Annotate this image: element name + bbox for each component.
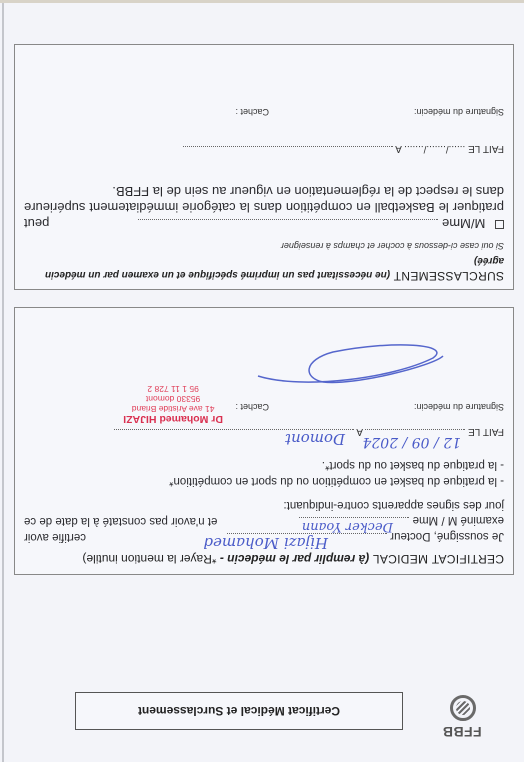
surclassement-title: SURCLASSEMENT (ne nécessitant pas un imp… xyxy=(24,254,504,282)
document-title: Certificat Médical et Surclassement xyxy=(75,692,403,730)
line2-suffix: et n'avoir pas constaté à la date de ce xyxy=(24,513,217,528)
fait-le-label: FAIT LE xyxy=(468,426,504,437)
surclassement-checkbox[interactable] xyxy=(495,220,504,229)
a-label: A xyxy=(396,143,402,154)
place-handwritten: Domont xyxy=(285,430,345,448)
paper-edge xyxy=(2,0,4,762)
certificat-title-italic: (à remplir par le médecin - xyxy=(220,552,369,566)
basketball-icon xyxy=(450,695,476,721)
certificat-title-main: CERTIFICAT MEDICAL xyxy=(373,552,504,566)
paper-edge xyxy=(0,0,524,3)
fait-le-label: FAIT LE xyxy=(468,143,504,154)
cachet-label: Cachet : xyxy=(235,402,269,412)
stamp-name: Dr Mohamed HIJAZI xyxy=(123,414,223,424)
ffbb-logo: FFBB xyxy=(436,690,488,740)
signature-label: Signature du médecin: xyxy=(414,402,504,412)
stamp-address: 41 ave Aristide Briand xyxy=(123,404,223,414)
date-month: 09 xyxy=(412,434,430,450)
signature-label: Signature du médecin: xyxy=(414,107,504,117)
surclassement-body: pratiquer le Basketball en compétition d… xyxy=(24,183,504,215)
surclassement-peut: peut xyxy=(24,215,49,231)
line1-suffix: certifie avoir xyxy=(24,529,86,544)
surclassement-title-main: SURCLASSEMENT xyxy=(393,269,504,283)
place-field[interactable] xyxy=(183,146,393,157)
doctor-signature xyxy=(253,341,453,386)
date-field[interactable]: ....../......./....... xyxy=(404,143,465,154)
logo-text: FFBB xyxy=(436,724,488,740)
certificat-bullet-2: - la pratique du basket ou du sport*. xyxy=(24,457,504,472)
doctor-stamp: Dr Mohamed HIJAZI 41 ave Aristide Briand… xyxy=(123,384,223,424)
scanned-document-page: FFBB Certificat Médical et Surclassement… xyxy=(0,0,524,762)
surclassement-line-1: M/Mme peut xyxy=(24,215,504,231)
cachet-label: Cachet : xyxy=(235,107,269,117)
date-day: 12 xyxy=(443,434,461,450)
doctor-name-handwritten: Hijazi Mohamed xyxy=(203,534,328,552)
surclassement-name-field[interactable] xyxy=(138,219,438,230)
date-year: 2024 xyxy=(362,434,398,450)
date-handwritten: 12 / 09 / 2024 xyxy=(362,434,461,450)
surclassement-name-prefix: M/Mme xyxy=(442,216,485,231)
certificat-title-note: *Rayer la mention inutile) xyxy=(82,552,216,566)
certificat-medical-section: CERTIFICAT MEDICAL (à remplir par le méd… xyxy=(14,307,514,575)
certificat-line-3: jour des signes apparents contre-indiqua… xyxy=(24,497,504,512)
stamp-city: 95330 domont xyxy=(123,394,223,404)
line2-prefix: examiné M / Mme xyxy=(413,514,504,526)
certificat-bullet-1: - la pratique du basket en compétition o… xyxy=(24,473,504,488)
line1-prefix: Je soussigné, Docteur xyxy=(390,530,504,542)
surclassement-section: SURCLASSEMENT (ne nécessitant pas un imp… xyxy=(14,44,514,290)
stamp-number: 95 1 11 728 2 xyxy=(123,384,223,394)
surclassement-fait-le: FAIT LE ....../......./....... A xyxy=(183,143,504,157)
certificat-line-2: examiné M / Mme et n'avoir pas constaté … xyxy=(24,512,504,528)
surclassement-instruction: Si oui case ci-dessous à cocher et champ… xyxy=(281,241,504,251)
certificat-title: CERTIFICAT MEDICAL (à remplir par le méd… xyxy=(82,552,504,566)
patient-name-handwritten: Decker Yoann xyxy=(302,519,393,534)
